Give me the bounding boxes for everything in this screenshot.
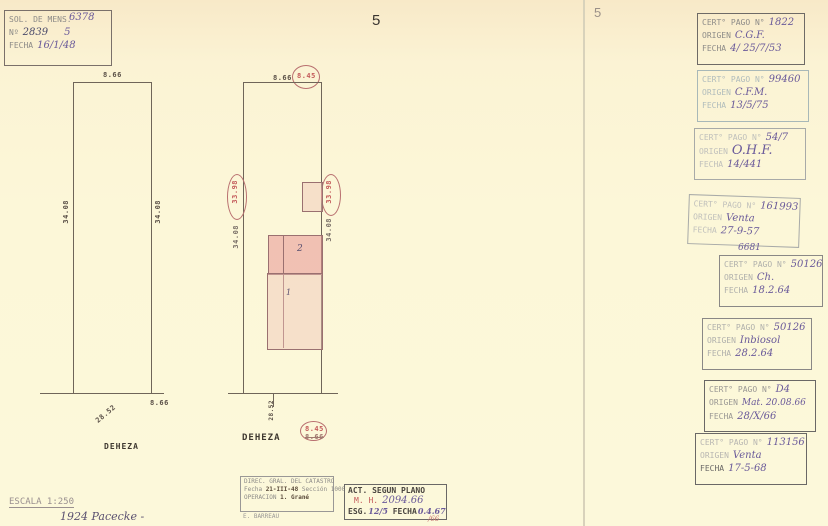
stamp-date: 13/5/75 (730, 100, 769, 111)
stamp-label: FECHA (724, 286, 748, 295)
stamp-label: ORIGEN (700, 451, 729, 460)
stamp-label: CERT° PAGO N° (707, 323, 770, 332)
stamp-label: FECHA (699, 160, 723, 169)
dimension-top: 8.66 (273, 74, 292, 82)
dimension-left-corrected: 33.98 (231, 180, 239, 204)
page-number-center: 5 (372, 12, 380, 29)
cert-number: D4 (776, 384, 790, 395)
scale-label: ESCALA 1:250 (9, 497, 74, 508)
stamp-label: CERT° PAGO N° (699, 133, 762, 142)
origin-value: O.H.F. (732, 143, 773, 158)
stamp-label: ORIGEN (702, 88, 731, 97)
stamp-signature: E. BARREAU (243, 513, 279, 520)
dimension-bottom: 28.52 (268, 400, 275, 421)
stamp-date: 28/X/66 (737, 411, 776, 422)
request-stamp: SOL. DE MENS.6378 Nº28395 FECHA16/1/48 (4, 10, 112, 66)
building-label: 1 (286, 288, 291, 297)
stamp-label: CERT° PAGO N° (693, 199, 756, 210)
origin-value: Inbiosol (740, 335, 780, 346)
payment-stamp: CERT° PAGO N°1822 ORIGENC.G.F. FECHA4/ 2… (697, 13, 805, 65)
stamp-label: FECHA (9, 41, 33, 50)
stamp-date: 14/441 (727, 159, 762, 170)
payment-stamp: CERT° PAGO N°D4 ORIGENMat. 20.08.66 FECH… (704, 380, 816, 432)
stamp-label: FECHA (702, 44, 726, 53)
origin-value: Ch. (757, 272, 774, 283)
stamp-label: ORIGEN (699, 147, 728, 156)
stamp-value: 12/5 (368, 506, 388, 516)
stamp-value: 2839 (23, 27, 48, 38)
dimension-left: 34.08 (232, 225, 240, 249)
stamp-label: CERT° PAGO N° (702, 18, 765, 27)
stamp-label: ORIGEN (709, 398, 738, 407)
stamp-label: SOL. DE MENS. (9, 15, 72, 24)
dimension-diagonal: 28.52 (94, 403, 117, 424)
stamp-date: 18.2.64 (752, 285, 790, 296)
stamp-label: CERT° PAGO N° (700, 438, 763, 447)
stamp-label: CERT° PAGO N° (724, 260, 787, 269)
stamp-date: 4/ 25/7/53 (730, 43, 781, 54)
request-number: 6378 (69, 11, 94, 24)
payment-stamp: CERT° PAGO N°99460 ORIGENC.F.M. FECHA13/… (697, 70, 809, 122)
origin-value: Mat. 20.08.66 (742, 398, 806, 408)
cert-number: 50126 (774, 322, 806, 333)
stamp-label: OPERACION (244, 494, 277, 501)
building-annex (302, 182, 323, 212)
stamp-label: CERT° PAGO N° (702, 75, 765, 84)
dimension-top-corrected: 8.45 (297, 72, 316, 80)
stamp-label: FECHA (693, 225, 717, 235)
stamp-label: Sección 1000 (302, 486, 345, 493)
payment-stamp: CERT° PAGO N°54/7 ORIGENO.H.F. FECHA14/4… (694, 128, 806, 180)
dimension-left: 34.08 (62, 200, 70, 224)
stamp-note: /66 (428, 515, 439, 523)
stamp-label: CERT° PAGO N° (709, 385, 772, 394)
cert-number: 99460 (769, 74, 801, 85)
street-label: DEHEZA (242, 433, 281, 443)
payment-stamp: CERT° PAGO N°161993 ORIGENVenta FECHA27-… (687, 194, 801, 248)
operator-name: 1. Grané (280, 494, 309, 501)
stamp-title: DIREC. GRAL. DEL CATASTRO (244, 478, 330, 486)
stamp-date: 28.2.64 (735, 348, 773, 359)
stamp-label: M. H. (354, 496, 378, 505)
page-fold-line (583, 0, 585, 526)
stamp-label: FECHA (702, 101, 726, 110)
stamp-date: 16/1/48 (37, 40, 76, 51)
street-label: DEHEZA (104, 442, 139, 451)
street-width-struck: 8.66 (305, 433, 324, 441)
stamp-label: ORIGEN (702, 31, 731, 40)
payment-stamp: CERT° PAGO N°50126 ORIGENInbiosol FECHA2… (702, 318, 812, 370)
stamp-label: ORIGEN (724, 273, 753, 282)
page-number-right: 5 (594, 5, 601, 20)
stamp-date: 21-III-48 (266, 486, 299, 493)
dimension-right: 34.08 (154, 200, 162, 224)
building-section-2: 2 (268, 235, 323, 275)
stamp-label: ESG. (348, 507, 367, 516)
handwritten-note: 6681 (738, 243, 761, 253)
stamp-label: ORIGEN (693, 212, 722, 222)
stamp-label: ORIGEN (707, 336, 736, 345)
payment-stamp: CERT° PAGO N°113156 ORIGENVenta FECHA17-… (695, 433, 807, 485)
stamp-value: 5 (64, 27, 70, 38)
building-label: 2 (297, 244, 303, 254)
dimension-top: 8.66 (103, 71, 122, 79)
dimension-right-corrected: 33.98 (325, 180, 333, 204)
building-section-1: 1 (267, 273, 323, 350)
payment-stamp: CERT° PAGO N°50126 ORIGENCh. FECHA18.2.6… (719, 255, 823, 307)
origin-value: Venta (733, 450, 762, 461)
stamp-label: FECHA (700, 464, 724, 473)
cert-number: 54/7 (766, 132, 788, 143)
origin-value: C.G.F. (735, 30, 765, 41)
stamp-label: FECHA (709, 412, 733, 421)
handwritten-note: 1924 Pacecke - (60, 510, 144, 523)
origin-value: Venta (726, 212, 755, 224)
cert-number: 161993 (760, 201, 799, 213)
dimension-bottom: 8.66 (150, 399, 169, 407)
stamp-date: 27-9-57 (721, 225, 760, 237)
stamp-date: 17-5-68 (728, 463, 767, 474)
street-width-corrected: 8.45 (305, 425, 324, 433)
cert-number: 1822 (769, 17, 794, 28)
stamp-label: Fecha (244, 486, 262, 493)
cert-number: 50126 (791, 259, 823, 270)
stamp-label: FECHA (393, 507, 417, 516)
catastro-stamp: DIREC. GRAL. DEL CATASTRO Fecha 21-III-4… (240, 476, 334, 512)
origin-value: C.F.M. (735, 87, 767, 98)
dimension-right: 34.08 (325, 218, 333, 242)
stamp-label: Nº (9, 28, 19, 37)
cert-number: 113156 (767, 437, 805, 448)
stamp-label: FECHA (707, 349, 731, 358)
stamp-value: 2094.66 (382, 495, 423, 506)
